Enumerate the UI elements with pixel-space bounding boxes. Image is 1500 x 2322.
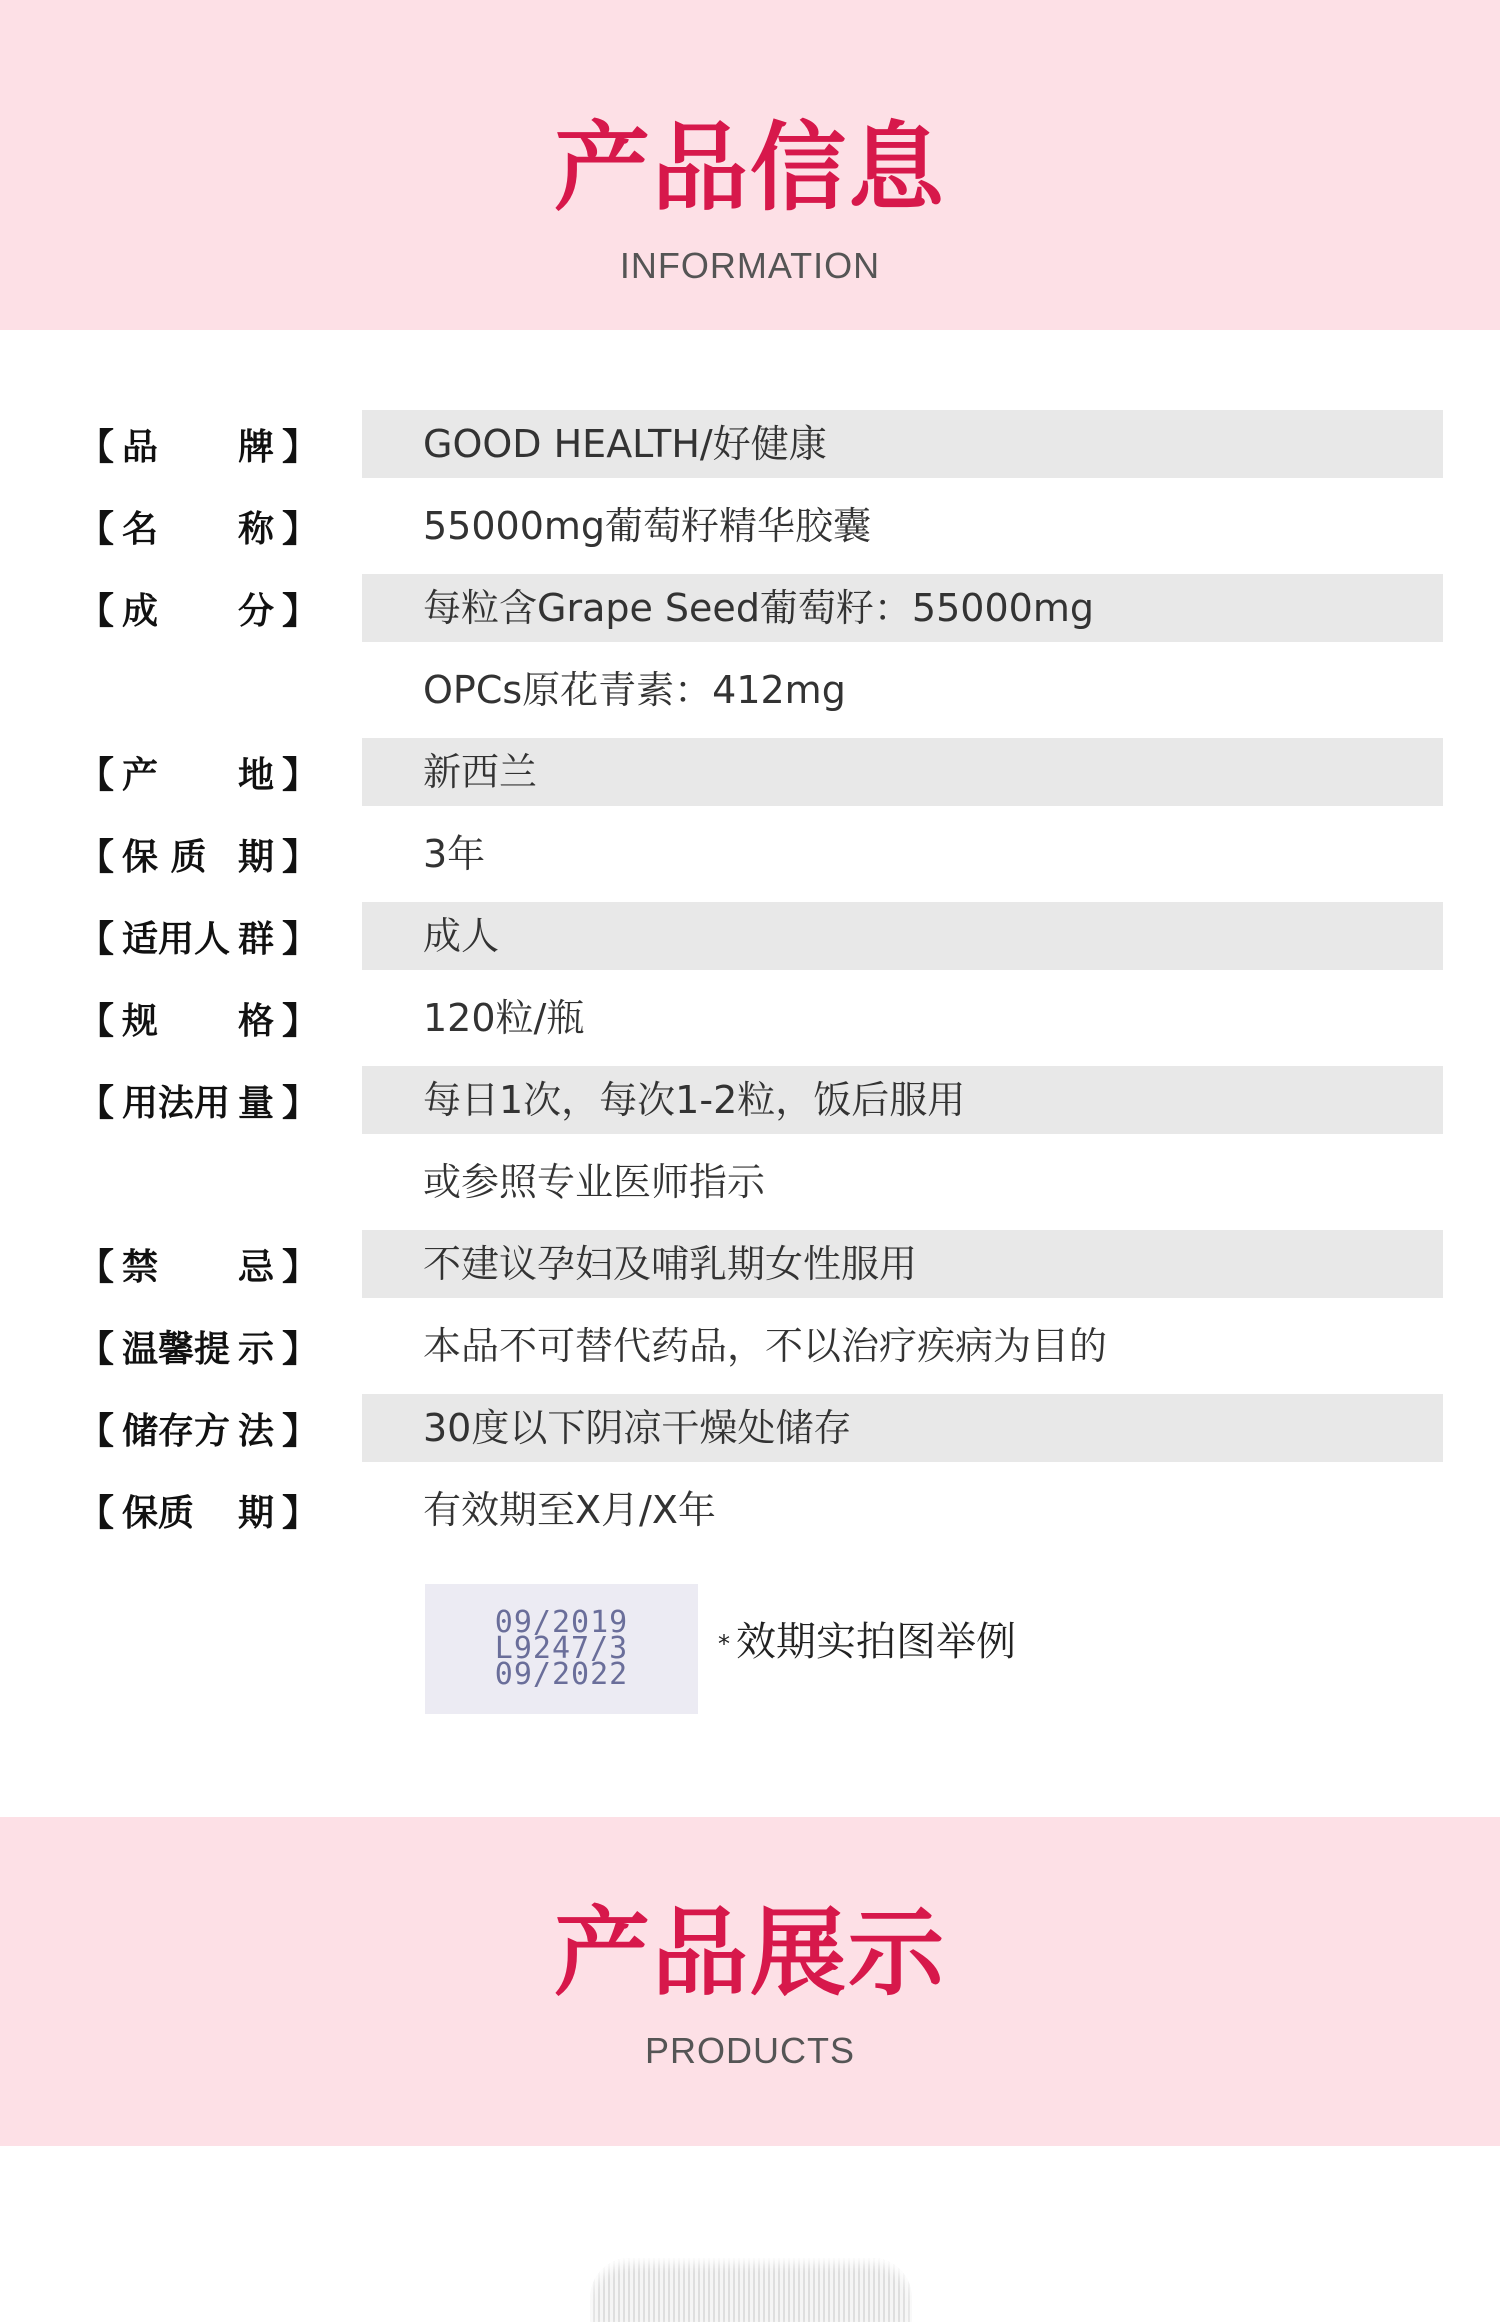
info-row: 【产地】新西兰 (0, 738, 1500, 806)
label-right: 期 (238, 1485, 274, 1536)
label-right: 牌 (238, 419, 274, 470)
info-row: OPCs原花青素：412mg (0, 656, 1500, 724)
info-row: 【成分】每粒含Grape Seed葡萄籽：55000mg (0, 574, 1500, 642)
row-stripe (362, 902, 1443, 970)
row-value: 3年 (423, 820, 485, 888)
row-value: 或参照专业医师指示 (423, 1148, 765, 1216)
label-right: 称 (238, 501, 274, 552)
label-left: 储存方 (122, 1403, 230, 1454)
expiry-example-caption: *效期实拍图举例 (718, 1612, 1016, 1672)
info-row: 或参照专业医师指示 (0, 1148, 1500, 1216)
bracket-close: 】 (282, 1239, 318, 1290)
bracket-open: 【 (78, 829, 114, 880)
info-row: 【用法用量】每日1次，每次1-2粒，饭后服用 (0, 1066, 1500, 1134)
bracket-open: 【 (78, 1403, 114, 1454)
stamp-line: 09/2022 (495, 1662, 628, 1688)
bracket-close: 】 (282, 1485, 318, 1536)
label-left: 规 (122, 993, 158, 1044)
section-subtitle: INFORMATION (0, 246, 1500, 286)
expiry-stamp-photo: 09/2019 L9247/3 09/2022 (425, 1584, 698, 1714)
bracket-open: 【 (78, 911, 114, 962)
row-value: 每粒含Grape Seed葡萄籽：55000mg (423, 574, 1094, 642)
bracket-close: 】 (282, 829, 318, 880)
row-label: 【温馨提示】 (78, 1312, 318, 1380)
row-value: 有效期至X月/X年 (423, 1476, 716, 1544)
row-value: 120粒/瓶 (423, 984, 584, 1052)
row-label: 【成分】 (78, 574, 318, 642)
row-value: 30度以下阴凉干燥处储存 (423, 1394, 851, 1462)
bracket-open: 【 (78, 1485, 114, 1536)
label-left: 保质 (122, 1485, 194, 1536)
label-left: 适用人 (122, 911, 230, 962)
bracket-open: 【 (78, 419, 114, 470)
row-label: 【规格】 (78, 984, 318, 1052)
label-right: 示 (238, 1321, 274, 1372)
label-right: 地 (238, 747, 274, 798)
bracket-open: 【 (78, 747, 114, 798)
label-left: 用法用 (122, 1075, 230, 1126)
row-label: 【名称】 (78, 492, 318, 560)
caption-text: 效期实拍图举例 (736, 1619, 1016, 1665)
bracket-close: 】 (282, 501, 318, 552)
info-row: 【适用人群】成人 (0, 902, 1500, 970)
row-label: 【品牌】 (78, 410, 318, 478)
label-right: 分 (238, 583, 274, 634)
row-value: 新西兰 (423, 738, 537, 806)
row-value: 本品不可替代药品，不以治疗疾病为目的 (423, 1312, 1107, 1380)
label-left: 保 质 (122, 829, 207, 880)
label-right: 群 (238, 911, 274, 962)
row-value: 不建议孕妇及哺乳期女性服用 (423, 1230, 917, 1298)
info-row: 【名称】55000mg葡萄籽精华胶囊 (0, 492, 1500, 560)
info-row: 【规格】120粒/瓶 (0, 984, 1500, 1052)
label-left: 产 (122, 747, 158, 798)
row-value: 55000mg葡萄籽精华胶囊 (423, 492, 871, 560)
label-left: 品 (122, 419, 158, 470)
bracket-open: 【 (78, 993, 114, 1044)
row-label: 【禁忌】 (78, 1230, 318, 1298)
asterisk-icon: * (718, 1630, 730, 1658)
bracket-close: 】 (282, 583, 318, 634)
bracket-close: 】 (282, 747, 318, 798)
row-value: 成人 (423, 902, 499, 970)
info-row: 【禁忌】不建议孕妇及哺乳期女性服用 (0, 1230, 1500, 1298)
label-right: 量 (238, 1075, 274, 1126)
label-right: 期 (238, 829, 274, 880)
row-label: 【用法用量】 (78, 1066, 318, 1134)
label-left: 名 (122, 501, 158, 552)
row-value: 每日1次，每次1-2粒，饭后服用 (423, 1066, 965, 1134)
section-title: 产品展示 (0, 1903, 1500, 2003)
row-label: 【保 质期】 (78, 820, 318, 888)
row-value: OPCs原花青素：412mg (423, 656, 846, 724)
label-right: 法 (238, 1403, 274, 1454)
bracket-close: 】 (282, 993, 318, 1044)
bracket-open: 【 (78, 1321, 114, 1372)
bracket-close: 】 (282, 1321, 318, 1372)
info-row: 【保质期】有效期至X月/X年 (0, 1476, 1500, 1544)
info-row: 【保 质期】3年 (0, 820, 1500, 888)
info-row: 【温馨提示】本品不可替代药品，不以治疗疾病为目的 (0, 1312, 1500, 1380)
label-left: 温馨提 (122, 1321, 230, 1372)
bracket-open: 【 (78, 1075, 114, 1126)
row-label: 【储存方法】 (78, 1394, 318, 1462)
row-label: 【适用人群】 (78, 902, 318, 970)
info-row: 【储存方法】30度以下阴凉干燥处储存 (0, 1394, 1500, 1462)
section-title: 产品信息 (0, 118, 1500, 218)
product-bottle-image (590, 2258, 912, 2322)
row-label: 【产地】 (78, 738, 318, 806)
label-left: 成 (122, 583, 158, 634)
bracket-open: 【 (78, 583, 114, 634)
bracket-open: 【 (78, 501, 114, 552)
bracket-close: 】 (282, 419, 318, 470)
bracket-close: 】 (282, 911, 318, 962)
info-row: 【品牌】GOOD HEALTH/好健康 (0, 410, 1500, 478)
row-value: GOOD HEALTH/好健康 (423, 410, 827, 478)
section-subtitle: PRODUCTS (0, 2031, 1500, 2071)
label-right: 忌 (238, 1239, 274, 1290)
bracket-close: 】 (282, 1403, 318, 1454)
section-banner-products: 产品展示 PRODUCTS (0, 1817, 1500, 2146)
bracket-close: 】 (282, 1075, 318, 1126)
row-label: 【保质期】 (78, 1476, 318, 1544)
section-banner-information: 产品信息 INFORMATION (0, 0, 1500, 330)
label-right: 格 (238, 993, 274, 1044)
bracket-open: 【 (78, 1239, 114, 1290)
label-left: 禁 (122, 1239, 158, 1290)
